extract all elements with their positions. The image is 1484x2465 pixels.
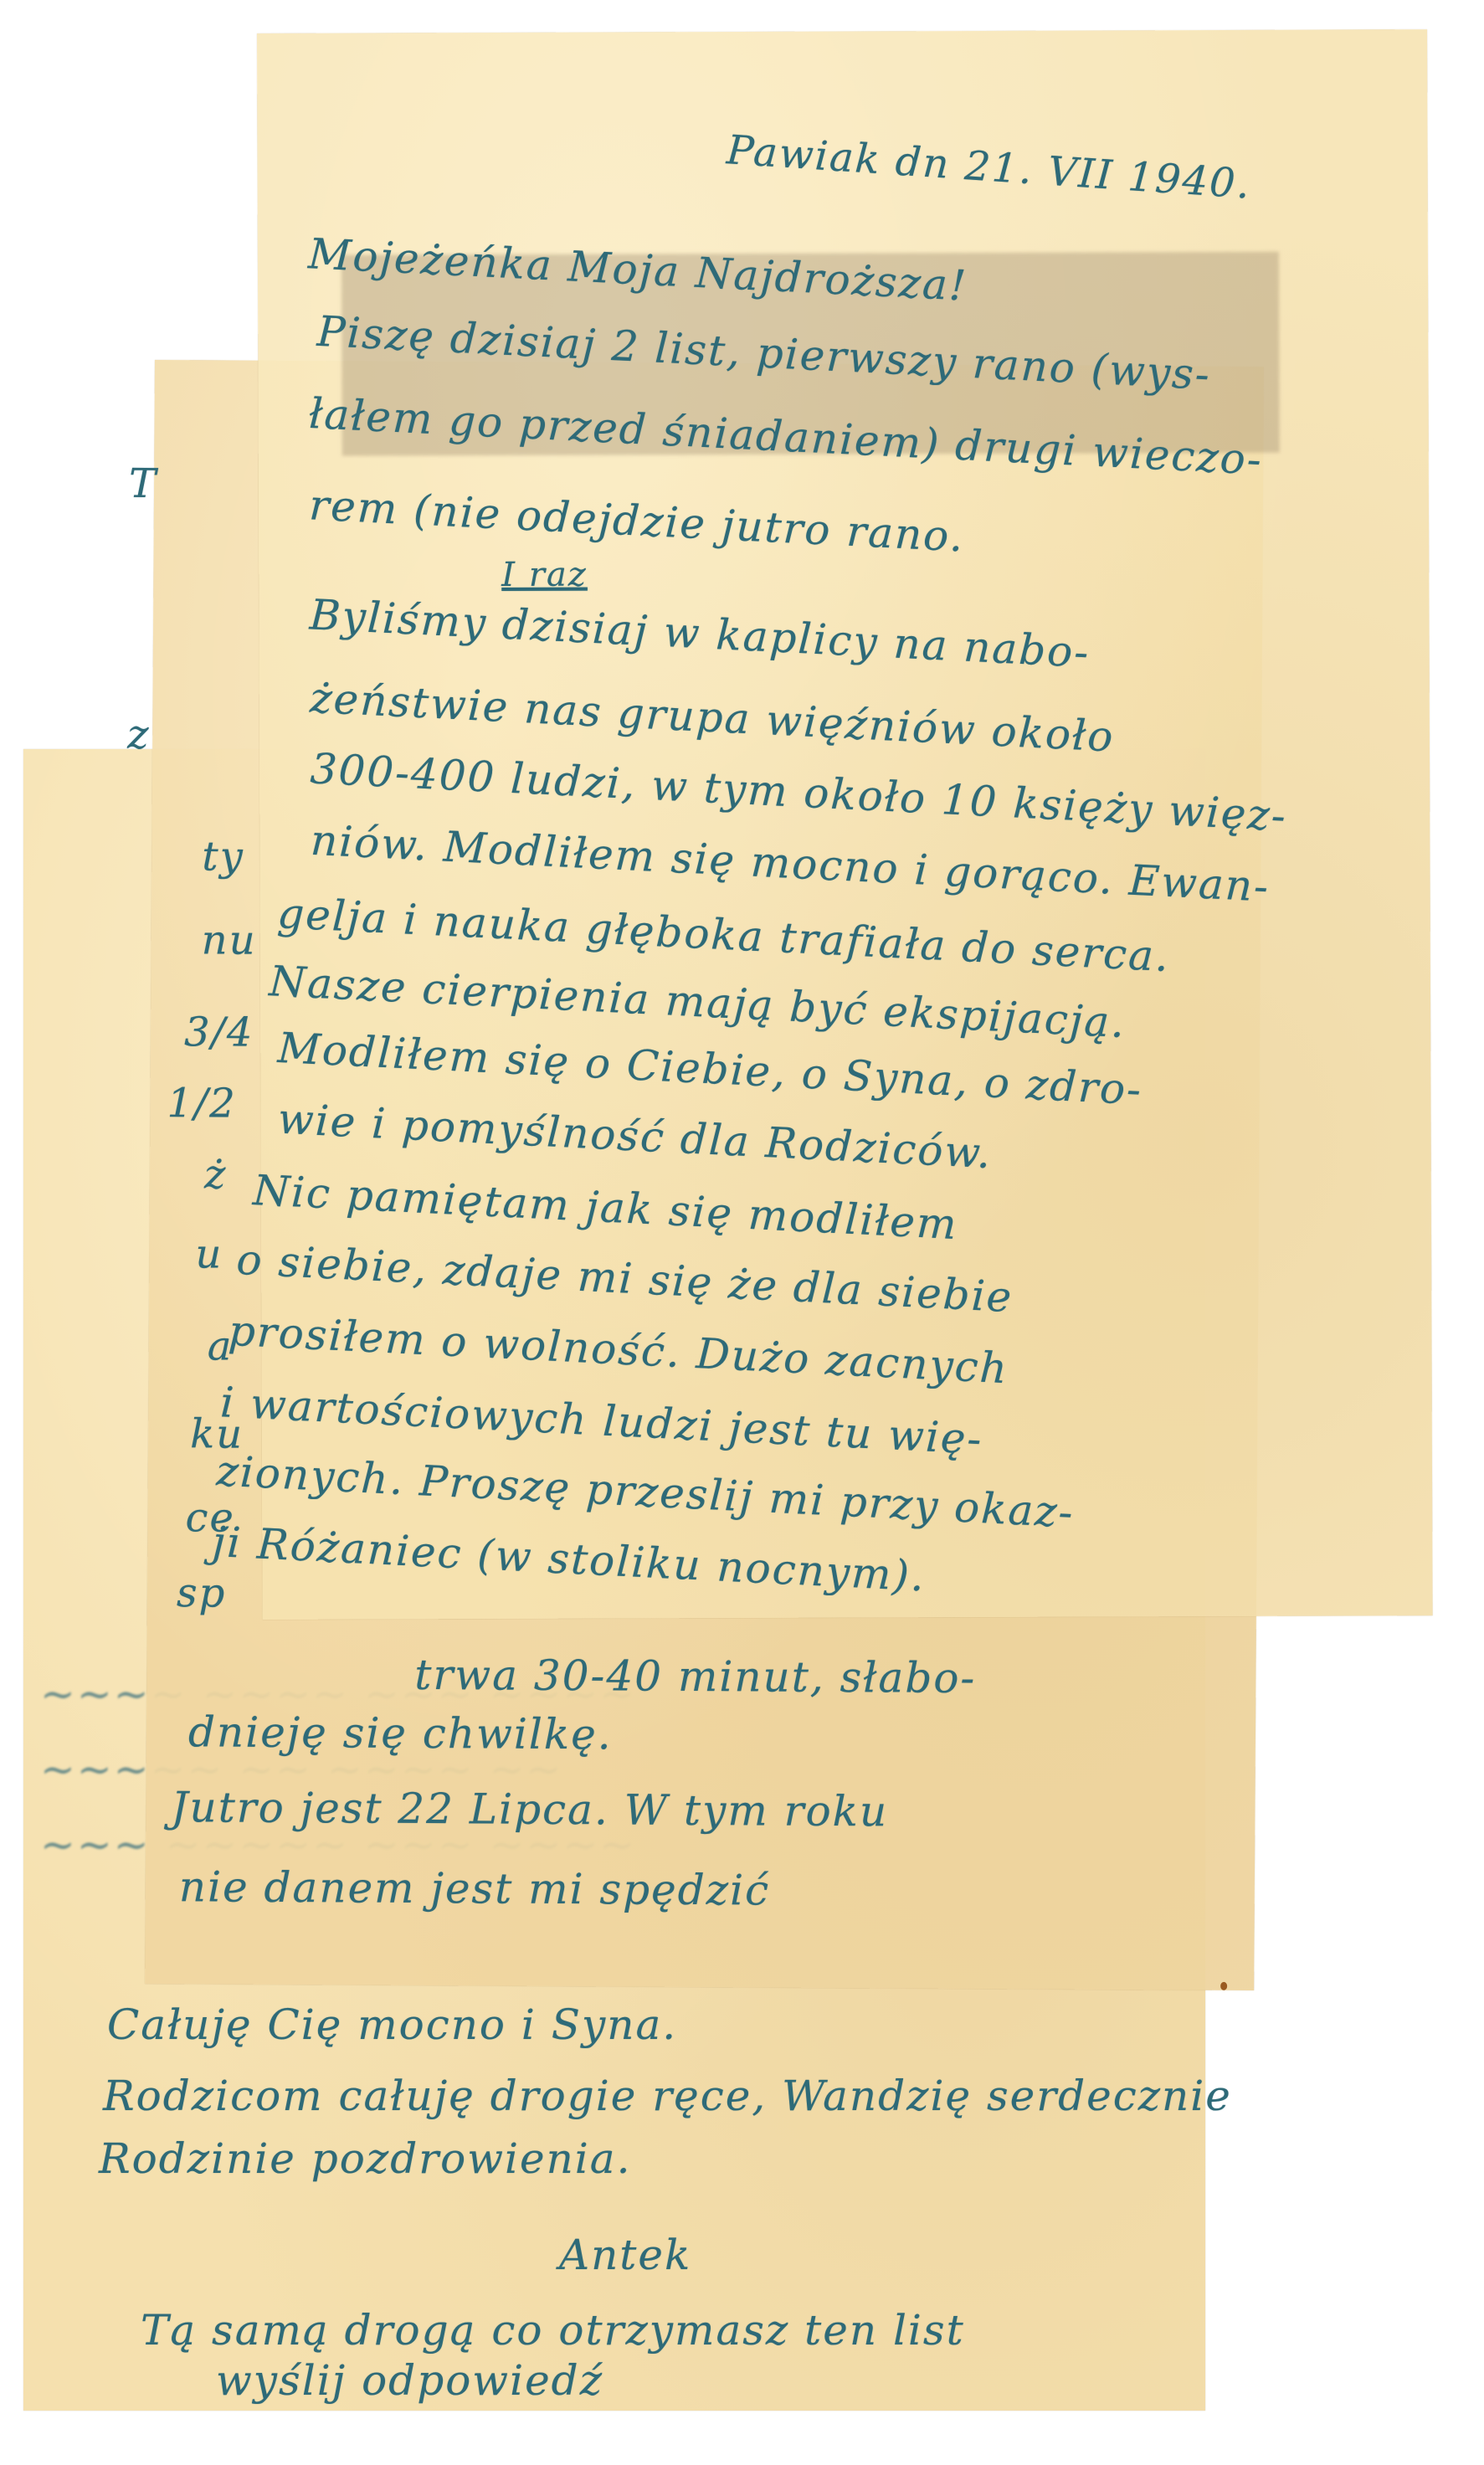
- body-line-13: o siebie, zdaje mi się że dla siebie: [235, 1235, 1014, 1322]
- postscript-line-2: wyślij odpowiedź: [216, 2356, 603, 2405]
- body-line-5: żeństwie nas grupa więźniów około: [309, 674, 1116, 762]
- closing-line-2: Rodzicom całuję drogie ręce, Wandzię ser…: [103, 2072, 1232, 2120]
- body-line-3: rem (nie odejdzie jutro rano.: [308, 480, 966, 561]
- margin-fragment: nu: [202, 917, 257, 963]
- middle-line-3: Jutro jest 22 Lipca. W tym roku: [171, 1783, 888, 1836]
- margin-fragment: T: [129, 460, 157, 507]
- margin-fragment: 3/4: [184, 1009, 254, 1056]
- margin-fragment: 1/2: [167, 1080, 237, 1127]
- body-line-11: wie i pomyślność dla Rodziców.: [277, 1095, 994, 1179]
- closing-line-3: Rodzinie pozdrowienia.: [99, 2134, 632, 2183]
- closing-line-1: Całuję Cię mocno i Syna.: [107, 2000, 677, 2049]
- body-line-17: ji Różaniec (w stoliku nocnym).: [211, 1518, 927, 1601]
- margin-fragment: z: [127, 711, 151, 758]
- ink-stain: [1220, 1982, 1227, 1990]
- body-line-12: Nic pamiętam jak się modliłem: [252, 1166, 959, 1249]
- postscript-line-1: Tą samą drogą co otrzymasz ten list: [141, 2306, 965, 2355]
- middle-line-2: dnieję się chwilkę.: [188, 1708, 613, 1759]
- interlinear-note: I raz: [501, 556, 588, 594]
- signature: Antek: [559, 2231, 691, 2279]
- margin-fragment: ż: [204, 1151, 228, 1198]
- dateline: Pawiak dn 21. VII 1940.: [725, 126, 1252, 208]
- margin-fragment: u: [195, 1230, 223, 1277]
- margin-fragment: sp: [177, 1569, 227, 1616]
- margin-fragment: ty: [202, 833, 244, 880]
- body-line-4: Byliśmy dzisiaj w kaplicy na nabo-: [309, 590, 1091, 677]
- middle-line-1: trwa 30-40 minut, słabo-: [414, 1651, 976, 1702]
- middle-line-4: nie danem jest mi spędzić: [179, 1862, 771, 1914]
- letter-sheet-top: Pawiak dn 21. VII 1940. Mojeżeńka Moja N…: [257, 29, 1433, 1620]
- body-line-15: i wartościowych ludzi jest tu wię-: [219, 1378, 984, 1463]
- body-line-14: prosiłem o wolność. Dużo zacnych: [228, 1307, 1010, 1394]
